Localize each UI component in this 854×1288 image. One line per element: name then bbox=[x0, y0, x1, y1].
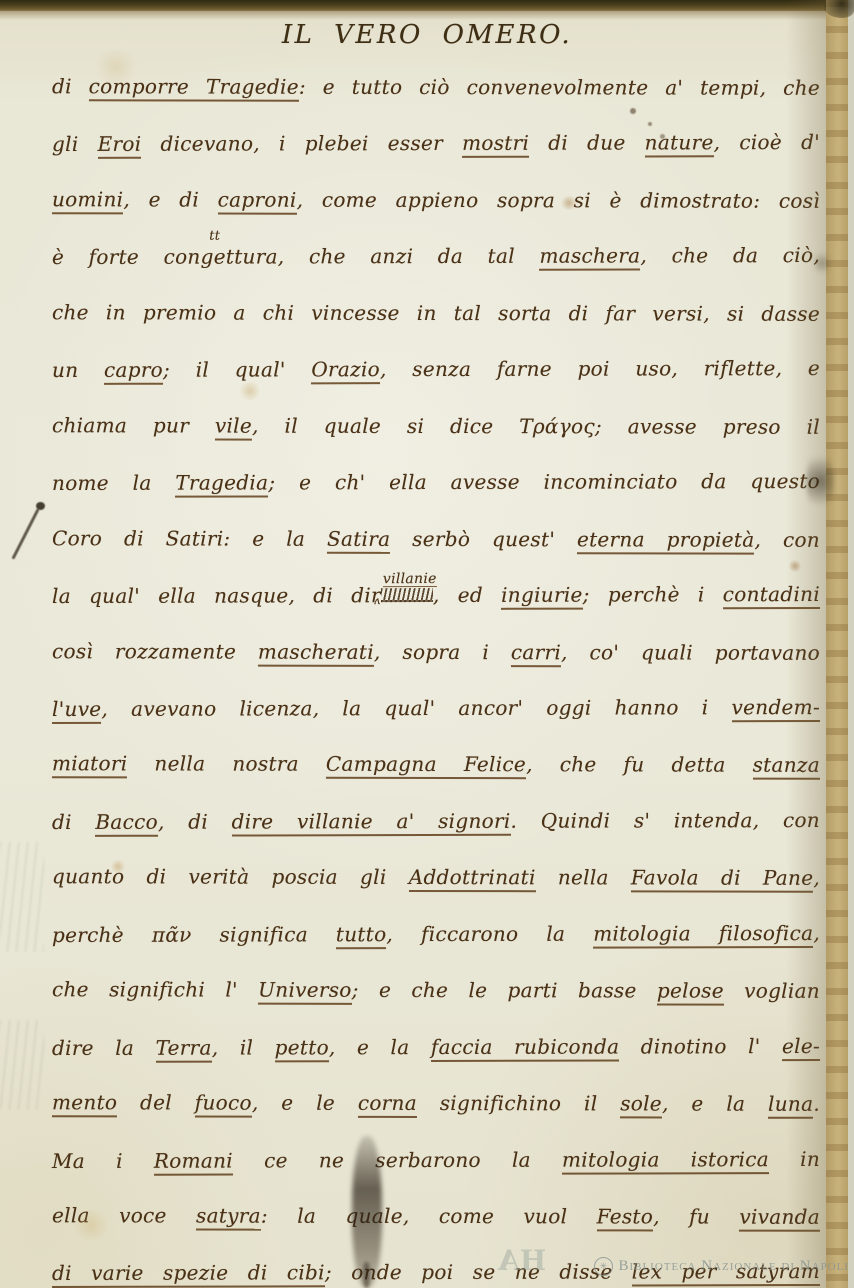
text-run: nome la bbox=[52, 471, 175, 495]
manuscript-line: così rozzamente mascherati, sopra i carr… bbox=[52, 636, 820, 672]
manuscript-line: quanto di verità poscia gli Addottrinati… bbox=[52, 861, 820, 897]
text-run: Τράγος bbox=[519, 414, 595, 438]
text-run: carri bbox=[511, 640, 561, 667]
manuscript-line: Ma i Romani ce ne serbarono la mitologia… bbox=[52, 1144, 820, 1180]
text-run: , ficcarono la bbox=[386, 921, 593, 946]
text-run: , avevano licenza, la qual' ancor' oggi … bbox=[101, 695, 731, 721]
text-run: dicevano, i plebei esser bbox=[141, 131, 462, 156]
text-run: congetturatt bbox=[164, 245, 278, 269]
text-run: πᾶν bbox=[152, 922, 192, 946]
text-run: sole bbox=[620, 1091, 662, 1118]
text-run: Terra bbox=[156, 1035, 212, 1062]
text-run: un bbox=[52, 358, 104, 382]
binding-edge-shadow bbox=[0, 11, 854, 20]
text-run: fuoco bbox=[195, 1091, 252, 1118]
manuscript-line: ella voce satyra: la quale, come vuol Fe… bbox=[52, 1200, 820, 1236]
text-run: ce ne serbarono la bbox=[233, 1147, 562, 1172]
text-run: così rozzamente bbox=[52, 639, 258, 663]
fore-edge bbox=[826, 0, 848, 1288]
interlinear-insertion: tt bbox=[209, 230, 220, 243]
page-curve-shadow bbox=[786, 0, 828, 1288]
text-run: Bacco bbox=[95, 810, 158, 837]
library-watermark: ✳ Biblioteca Nazionale di Napoli bbox=[594, 1257, 849, 1276]
strikethrough-scribble: villanie bbox=[381, 588, 433, 602]
text-run: nella nostra bbox=[127, 752, 326, 776]
text-run: di varie spezie di cibi bbox=[52, 1261, 325, 1288]
text-run: dinotino l' bbox=[619, 1034, 782, 1058]
manuscript-line: Coro di Satiri: e la Satira serbò quest'… bbox=[52, 523, 820, 559]
manuscript-line: che significhi l' Universo; e che le par… bbox=[52, 974, 820, 1010]
text-run: di bbox=[52, 810, 95, 834]
text-run: ingiurie bbox=[501, 583, 583, 610]
text-run: è forte bbox=[52, 245, 164, 269]
text-run: , co' quali portavano bbox=[561, 640, 820, 665]
manuscript-line: l'uve, avevano licenza, la qual' ancor' … bbox=[52, 692, 820, 728]
text-run: , e la bbox=[662, 1092, 768, 1116]
text-run: di bbox=[52, 74, 89, 98]
text-run: di due bbox=[529, 131, 645, 155]
binding-edge-top bbox=[0, 0, 854, 11]
text-run: serbò quest' bbox=[390, 526, 577, 550]
text-run: , fu bbox=[653, 1204, 739, 1228]
manuscript-page: IL VERO OMERO. di comporre Tragedie: e t… bbox=[0, 0, 854, 1288]
text-run: quanto di verità poscia gli bbox=[52, 864, 409, 889]
manuscript-line: la qual' ella nasque, di dirvillanie, ed… bbox=[52, 579, 820, 615]
text-run: Tragedia bbox=[175, 471, 268, 498]
text-run: l'uve bbox=[52, 697, 101, 724]
ink-smear bbox=[363, 1262, 370, 1288]
text-run: petto bbox=[275, 1035, 329, 1062]
margin-show-through bbox=[0, 842, 44, 952]
text-run: che in premio a chi vincesse in tal sort… bbox=[52, 300, 820, 326]
text-run: mento bbox=[52, 1090, 117, 1117]
manuscript-line: che in premio a chi vincesse in tal sort… bbox=[52, 297, 820, 333]
text-run: del bbox=[117, 1090, 195, 1114]
text-run: , il bbox=[212, 1035, 275, 1059]
text-run: , il quale si dice bbox=[252, 413, 519, 438]
text-run: perchè bbox=[52, 922, 152, 946]
text-run: : e tutto ciò convenevolmente a' tempi, … bbox=[299, 75, 820, 100]
show-through-mark: HA bbox=[498, 1244, 546, 1277]
text-run: che significhi l' bbox=[52, 977, 258, 1001]
manuscript-line: un capro; il qual' Orazio, senza farne p… bbox=[52, 353, 820, 389]
text-run: miatori bbox=[52, 752, 127, 779]
text-run: pelose bbox=[657, 979, 724, 1006]
manuscript-line: di comporre Tragedie: e tutto ciò conven… bbox=[52, 71, 820, 107]
manuscript-line: uomini, e di caproni, come appieno sopra… bbox=[52, 184, 820, 220]
text-run: , e le bbox=[252, 1091, 358, 1115]
text-run: ; e che le parti basse bbox=[352, 978, 657, 1003]
text-run: nature bbox=[645, 131, 714, 158]
text-run: , senza farne poi uso, riflette, e bbox=[380, 356, 820, 381]
text-run: , che anzi da tal bbox=[278, 244, 540, 269]
text-run: Campagna Felice bbox=[326, 752, 526, 779]
text-run: vile bbox=[215, 413, 252, 440]
text-run: , di bbox=[158, 809, 232, 833]
text-run: : la quale, come vuol bbox=[261, 1204, 597, 1229]
text-run: Festo bbox=[597, 1204, 654, 1231]
text-run: mitologia istorica bbox=[562, 1147, 769, 1175]
manuscript-line: mento del fuoco, e le corna significhino… bbox=[52, 1087, 820, 1123]
text-run: . Quindi s' intenda, con bbox=[510, 808, 820, 833]
text-run: ; perchè i bbox=[583, 582, 723, 606]
text-run: mostri bbox=[462, 131, 529, 158]
text-run: dire villanie a' signori bbox=[232, 809, 511, 837]
text-run: mascherati bbox=[258, 639, 374, 666]
text-run: gli bbox=[52, 132, 98, 156]
text-run: Romani bbox=[154, 1148, 233, 1175]
text-run: corna bbox=[358, 1091, 417, 1118]
library-logo-icon: ✳ bbox=[594, 1257, 613, 1276]
text-run: Ma i bbox=[52, 1148, 154, 1172]
text-run: , e la bbox=[329, 1035, 431, 1059]
ink-blot bbox=[36, 502, 45, 510]
manuscript-text-block: di comporre Tragedie: e tutto ciò conven… bbox=[0, 0, 854, 1288]
manuscript-line: dire la Terra, il petto, e la faccia rub… bbox=[52, 1031, 820, 1067]
text-run: ; e ch' ella avesse incominciato da ques… bbox=[268, 469, 820, 494]
text-run: chiama pur bbox=[52, 413, 215, 437]
text-run: ; il qual' bbox=[163, 358, 311, 382]
text-run: uomini bbox=[52, 187, 123, 214]
interlinear-insertion: villanie bbox=[383, 573, 437, 587]
text-run: satyra bbox=[196, 1203, 261, 1230]
manuscript-line: gli Eroi dicevano, i plebei esser mostri… bbox=[52, 127, 820, 163]
text-run: , come appieno sopra si è dimostrato: co… bbox=[297, 188, 820, 213]
text-run: nella bbox=[536, 866, 631, 890]
text-run: capro bbox=[104, 358, 163, 385]
text-run: maschera bbox=[539, 244, 640, 271]
text-run: faccia rubiconda bbox=[431, 1034, 620, 1061]
text-run: caproni bbox=[218, 187, 297, 214]
text-run: mitologia filosofica bbox=[593, 921, 813, 949]
text-run: , ed bbox=[433, 583, 501, 607]
text-run: tutto bbox=[336, 922, 387, 949]
margin-show-through bbox=[0, 1020, 44, 1110]
edge-smudge bbox=[814, 250, 830, 276]
text-run: , e di bbox=[123, 187, 217, 211]
text-run: , sopra i bbox=[374, 639, 511, 663]
text-run: Satira bbox=[327, 526, 390, 553]
text-run: Addottrinati bbox=[409, 865, 536, 892]
text-run: Orazio bbox=[311, 357, 380, 384]
text-run: ella voce bbox=[52, 1203, 196, 1227]
text-run: Eroi bbox=[98, 132, 142, 159]
text-run: significhino il bbox=[417, 1091, 620, 1115]
text-run: Universo bbox=[258, 978, 352, 1005]
library-watermark-text: Biblioteca Nazionale di Napoli bbox=[618, 1258, 849, 1275]
manuscript-line: di Bacco, di dire villanie a' signori. Q… bbox=[52, 805, 820, 841]
manuscript-line: nome la Tragedia; e ch' ella avesse inco… bbox=[52, 466, 820, 502]
text-run: Coro di Satiri: e la bbox=[52, 526, 327, 551]
text-run: significa bbox=[192, 922, 336, 946]
text-run: comporre Tragedie bbox=[89, 74, 299, 101]
text-run: eterna propietà bbox=[577, 527, 755, 554]
manuscript-line: perchè πᾶν significa tutto, ficcarono la… bbox=[52, 918, 820, 954]
manuscript-line: chiama pur vile, il quale si dice Τράγος… bbox=[52, 410, 820, 446]
edge-smudge bbox=[806, 448, 834, 514]
text-run: dire la bbox=[52, 1035, 156, 1059]
text-run: , che fu detta bbox=[526, 753, 753, 777]
next-page-edge bbox=[848, 0, 854, 1288]
manuscript-line: miatori nella nostra Campagna Felice, ch… bbox=[52, 749, 820, 785]
text-run: la qual' ella nasque, di dir bbox=[52, 583, 381, 608]
manuscript-line: è forte congetturatt, che anzi da tal ma… bbox=[52, 240, 820, 276]
